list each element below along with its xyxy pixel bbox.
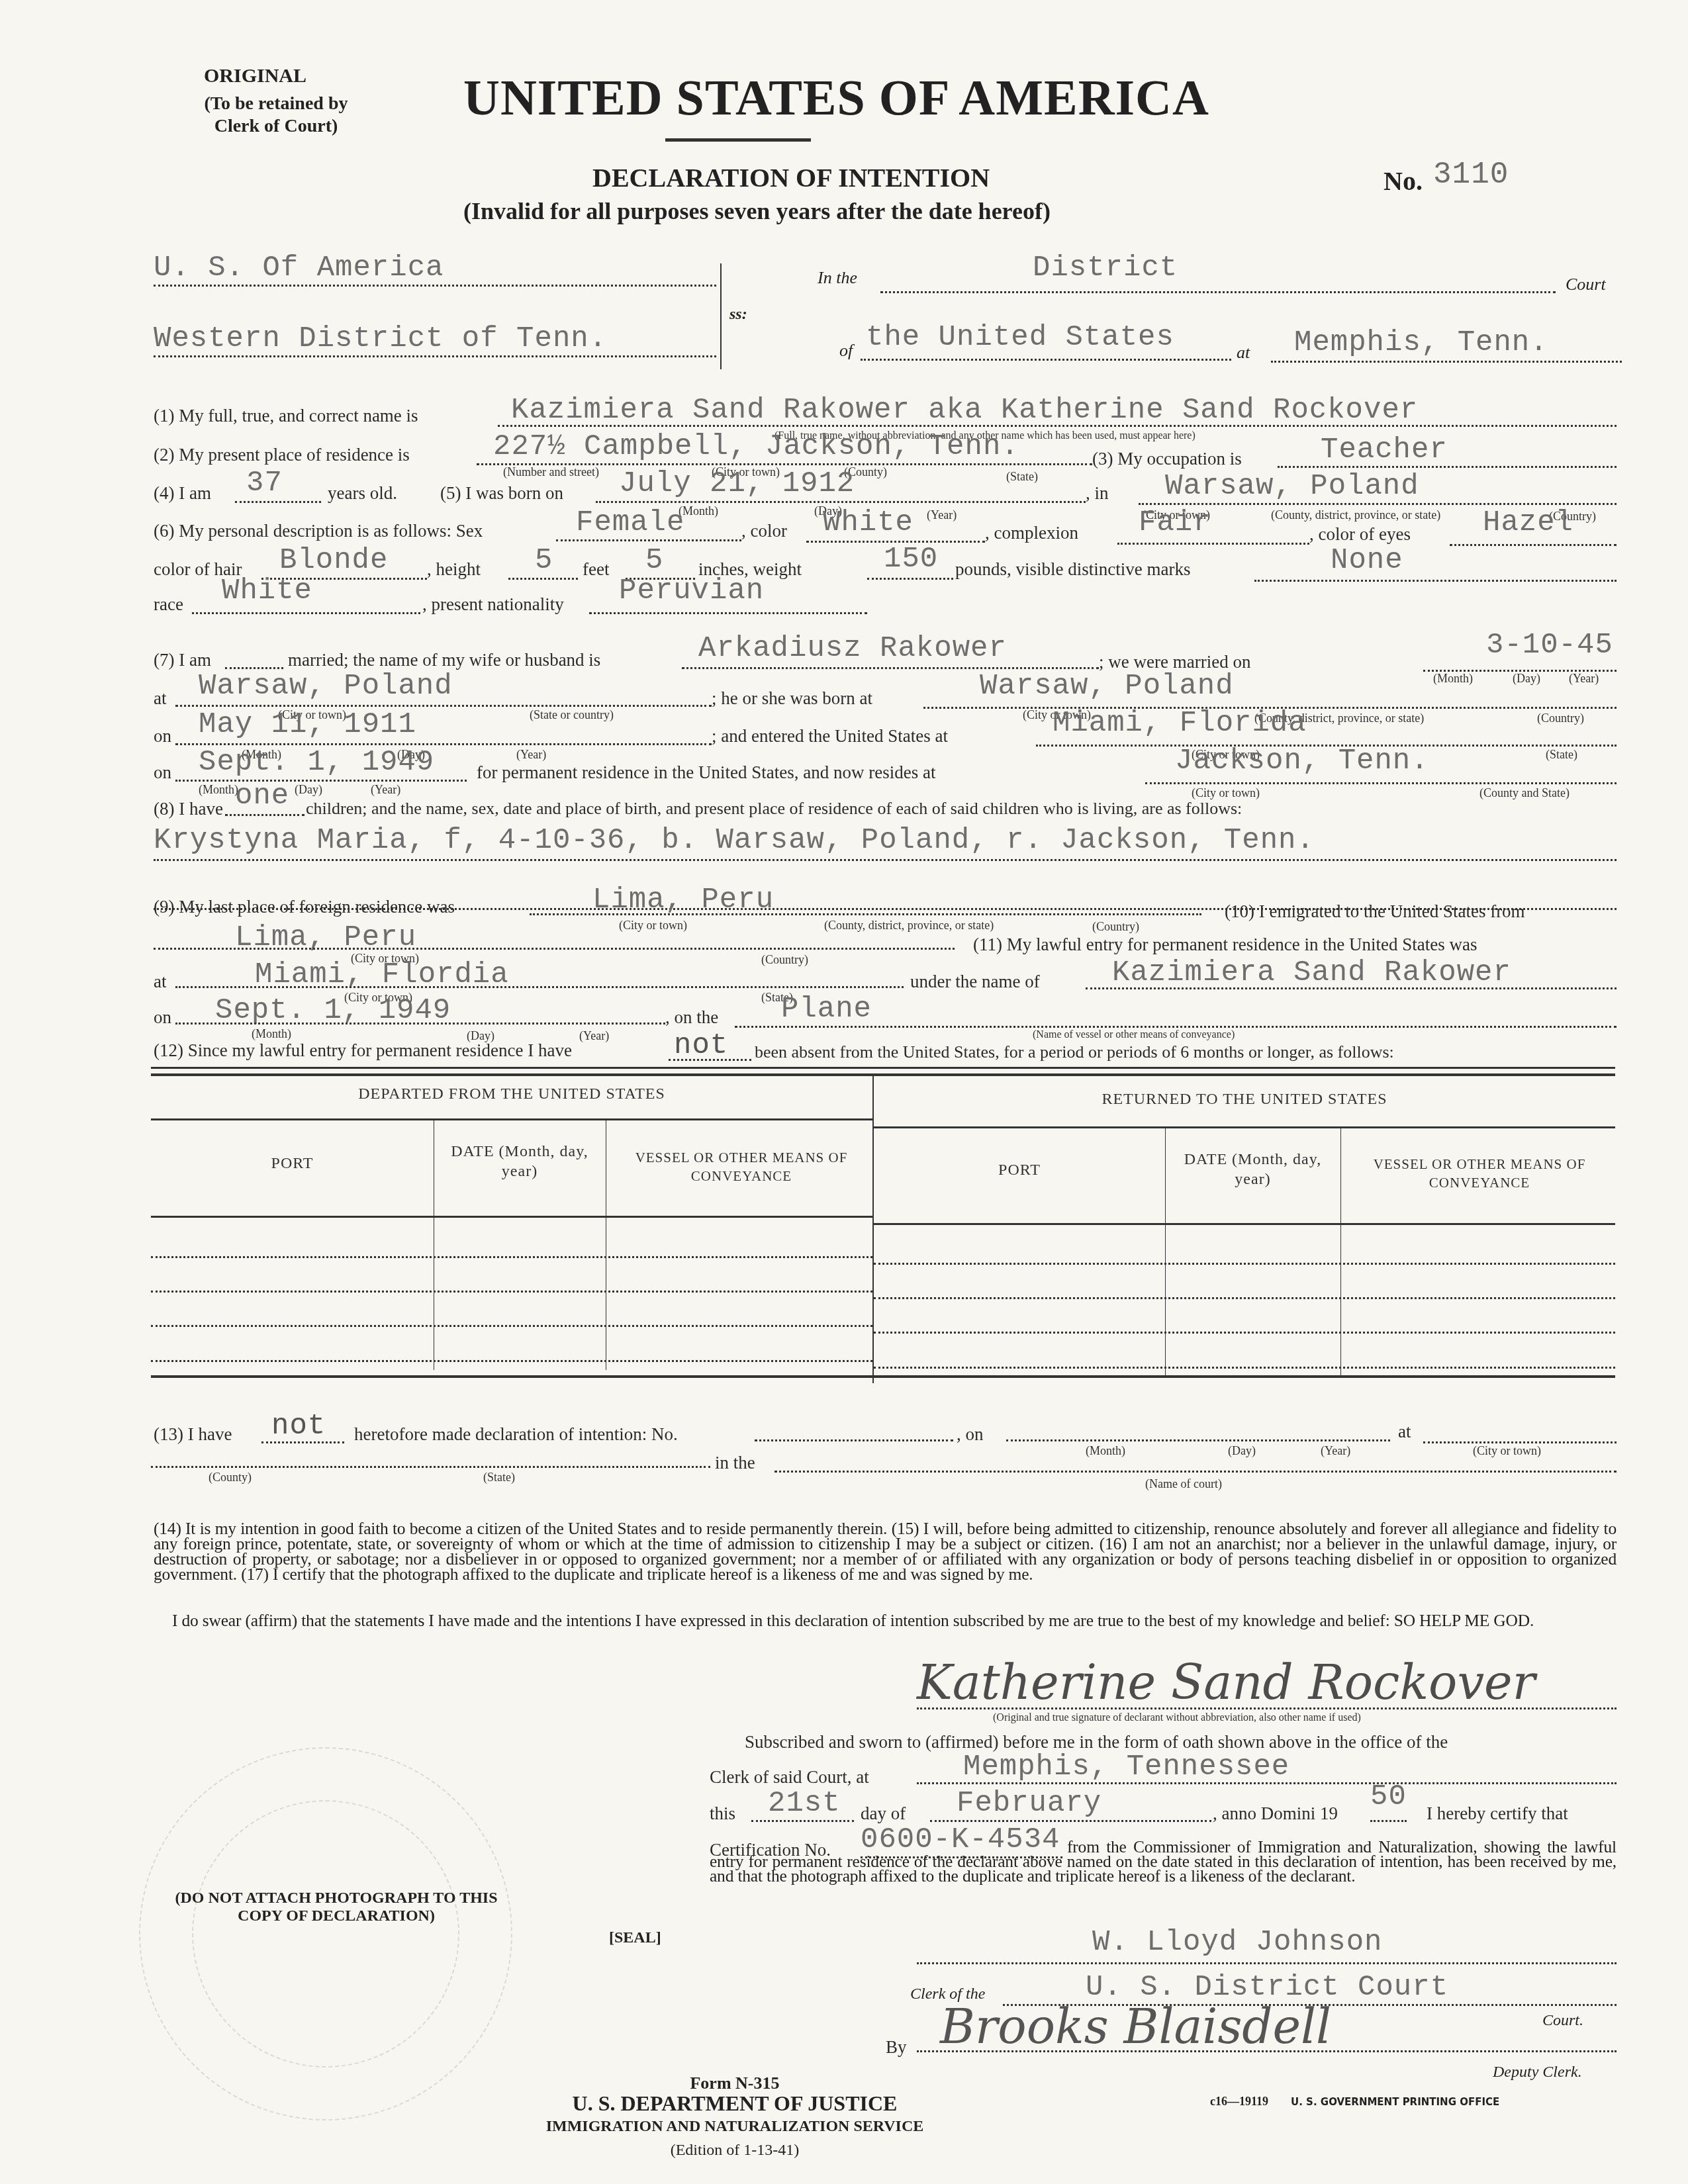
q13-at-label: at — [1398, 1422, 1411, 1442]
nationality-value: Peruvian — [619, 574, 764, 608]
anno-label: , anno Domini 19 — [1213, 1803, 1338, 1824]
entered-on-label: on — [154, 762, 171, 783]
resides-at-field — [1145, 782, 1617, 784]
lawful-on-sub-year: (Year) — [579, 1029, 609, 1043]
court-type-field — [880, 291, 1556, 293]
spouse-born-sub-country: (Country) — [1537, 711, 1584, 725]
form-number-label: No. — [1383, 165, 1423, 197]
q11-label: (11) My lawful entry for permanent resid… — [973, 934, 1477, 955]
married-on-sub-year: (Year) — [1569, 672, 1599, 686]
table-row[interactable] — [151, 1256, 872, 1258]
vessel-value: Plane — [781, 993, 872, 1026]
venue-brace — [720, 263, 722, 369]
departed-col-divider-1 — [434, 1120, 434, 1370]
sex-field — [556, 539, 741, 541]
court-label: Court — [1566, 275, 1606, 295]
q13-field — [261, 1441, 344, 1443]
emigrated-from-field — [154, 948, 955, 950]
photo-note-line1: (DO NOT ATTACH PHOTOGRAPH TO THIS — [158, 1889, 515, 1907]
this-label: this — [710, 1803, 735, 1824]
prior-declaration-date-field — [1006, 1439, 1390, 1441]
clerk-name-value: W. Lloyd Johnson — [1092, 1926, 1382, 1959]
service-name: IMMIGRATION AND NATURALIZATION SERVICE — [530, 2118, 940, 2136]
height-feet-value: 5 — [535, 544, 553, 577]
photo-note: (DO NOT ATTACH PHOTOGRAPH TO THIS COPY O… — [158, 1889, 515, 1925]
married-at-field — [175, 705, 712, 707]
retained-note-line2: Clerk of Court) — [154, 115, 399, 138]
entered-at-sub-state: (State) — [1546, 748, 1577, 762]
married-on-value: 3-10-45 — [1486, 629, 1613, 662]
department-name: U. S. DEPARTMENT OF JUSTICE — [530, 2091, 940, 2116]
clerk-at-field — [917, 1782, 1617, 1784]
q13-in-the-label: in the — [715, 1453, 755, 1473]
returned-col-port: PORT — [874, 1161, 1165, 1179]
q4-label: (4) I am — [154, 483, 211, 504]
resides-sub-city: (City or town) — [1192, 786, 1260, 800]
under-name-value: Kazimiera Sand Rakower — [1112, 956, 1511, 989]
of-label: of — [839, 341, 853, 361]
under-name-label: under the name of — [910, 972, 1040, 992]
edition-note: (Edition of 1-13-41) — [530, 2142, 940, 2160]
q13-value: not — [271, 1410, 326, 1443]
seal-label: [SEAL] — [609, 1929, 661, 1947]
q12-label-post: been absent from the United States, for … — [755, 1042, 1394, 1062]
children-count-value: one — [235, 780, 289, 813]
q12-label: (12) Since my lawful entry for permanent… — [154, 1040, 572, 1061]
prior-declaration-city-field — [1423, 1441, 1617, 1443]
venue-line2-field — [154, 355, 716, 357]
q13-sub-year: (Year) — [1321, 1444, 1350, 1458]
birth-date-field — [596, 501, 1086, 503]
eyes-label: , color of eyes — [1309, 524, 1411, 545]
resides-label: for permanent residence in the United St… — [477, 762, 936, 783]
photo-note-line2: COPY OF DECLARATION) — [158, 1907, 515, 1925]
last-foreign-value: Lima, Peru — [592, 884, 774, 917]
married-at-label: at — [154, 688, 167, 709]
at-field — [1271, 361, 1622, 363]
entered-on-field — [175, 780, 467, 782]
departed-header: DEPARTED FROM THE UNITED STATES — [151, 1085, 872, 1103]
full-name-field — [498, 425, 1617, 427]
complexion-label: , complexion — [985, 523, 1078, 543]
q2-label: (2) My present place of residence is — [154, 445, 410, 465]
q13-sub-county: (County) — [209, 1471, 252, 1484]
original-label: ORIGINAL — [204, 65, 306, 87]
q5-sub-county: (County, district, province, or state) — [1271, 508, 1440, 522]
q13-sub-month: (Month) — [1086, 1444, 1125, 1458]
complexion-value: Fair — [1139, 506, 1211, 539]
residence-value: 227½ Campbell, Jackson, Tenn. — [493, 430, 1019, 463]
document-subtitle: DECLARATION OF INTENTION — [592, 162, 990, 193]
complexion-field — [1117, 543, 1309, 545]
q7-label-mid: married; the name of my wife or husband … — [288, 650, 600, 670]
q13-sub-state: (State) — [483, 1471, 515, 1484]
clerk-at-value: Memphis, Tennessee — [963, 1751, 1289, 1784]
oath-paragraph: (14) It is my intention in good faith to… — [154, 1521, 1617, 1582]
deputy-label: Deputy Clerk. — [1493, 2064, 1582, 2081]
q13-sub-court: (Name of court) — [1145, 1477, 1222, 1491]
q13-label-mid: heretofore made declaration of intention… — [354, 1424, 678, 1445]
spouse-born-on-value: May 11, 1911 — [199, 708, 416, 741]
court-type-value: District — [1033, 251, 1178, 285]
table-row[interactable] — [151, 1325, 872, 1327]
q1-label: (1) My full, true, and correct name is — [154, 406, 418, 426]
q12-value: not — [674, 1029, 728, 1062]
invalid-note: (Invalid for all purposes seven years af… — [463, 197, 1051, 225]
race-label: race — [154, 594, 183, 615]
table-center-divider — [872, 1075, 874, 1383]
prior-declaration-court-field — [774, 1471, 1617, 1473]
lawful-at-label: at — [154, 972, 167, 992]
of-field — [861, 359, 1231, 361]
prior-declaration-no-field — [755, 1439, 953, 1441]
print-code: c16—19119 — [1210, 2095, 1268, 2109]
year-value: 50 — [1370, 1780, 1407, 1813]
day-field — [751, 1820, 854, 1822]
spouse-name-field — [682, 667, 1099, 669]
resides-sub-county: (County and State) — [1479, 786, 1570, 800]
marks-value: None — [1331, 544, 1403, 577]
subscribed-text: Subscribed and sworn to (affirmed) befor… — [745, 1732, 1448, 1752]
q5-in-label: , in — [1086, 483, 1109, 504]
nationality-field — [589, 612, 867, 614]
q9-sub-county: (County, district, province, or state) — [824, 919, 994, 933]
birth-date-value: July 21, 1912 — [619, 467, 855, 500]
returned-col-divider-1 — [1165, 1128, 1166, 1378]
spouse-born-on-label: on — [154, 726, 171, 747]
table-row[interactable] — [874, 1263, 1615, 1265]
form-number-value: 3110 — [1433, 158, 1509, 192]
entered-on-value: Sept. 1, 1949 — [199, 746, 434, 779]
departed-col-port: PORT — [151, 1155, 434, 1173]
q12-field — [669, 1059, 751, 1061]
oath-swear: I do swear (affirm) that the statements … — [154, 1613, 1617, 1628]
at-label: at — [1237, 343, 1250, 363]
certify-label: I hereby certify that — [1427, 1803, 1568, 1824]
on-the-label: , on the — [665, 1007, 718, 1028]
color-label: , color — [741, 521, 787, 541]
court-suffix-label: Court. — [1542, 2012, 1583, 2030]
deputy-signature: Brooks Blaisdell — [940, 1999, 1331, 2054]
table-row[interactable] — [874, 1332, 1615, 1334]
title-divider — [665, 138, 811, 142]
height-feet-field — [508, 578, 578, 580]
nationality-label: , present nationality — [422, 594, 564, 615]
printer-name: U. S. GOVERNMENT PRINTING OFFICE — [1291, 2096, 1499, 2108]
resides-at-value: Jackson, Tenn. — [1175, 745, 1429, 778]
color-value: White — [823, 506, 914, 539]
retained-note-line1: (To be retained by — [154, 93, 399, 115]
page-title: UNITED STATES OF AMERICA — [463, 69, 1209, 127]
q9-label: (9) My last place of foreign residence w… — [154, 897, 455, 917]
venue-line1-field — [154, 285, 716, 287]
sex-value: Female — [576, 506, 684, 539]
table-row[interactable] — [874, 1367, 1615, 1369]
in-the-label: In the — [818, 268, 857, 288]
married-on-sub-day: (Day) — [1513, 672, 1540, 686]
q2-sub-state: (State) — [1006, 470, 1038, 484]
q7-label: (7) I am — [154, 650, 211, 670]
children-line1-value: Krystyna Maria, f, 4-10-36, b. Warsaw, P… — [154, 824, 1315, 857]
signature-caption: (Original and true signature of declaran… — [993, 1712, 1361, 1724]
returned-col-divider-2 — [1340, 1128, 1341, 1378]
spouse-name-value: Arkadiusz Rakower — [698, 632, 1007, 665]
clerk-at-label: Clerk of said Court, at — [710, 1767, 869, 1788]
q9-sub-city: (City or town) — [619, 919, 687, 933]
vessel-sub: (Name of vessel or other means of convey… — [1033, 1029, 1235, 1041]
q13-label: (13) I have — [154, 1424, 232, 1445]
returned-subheader-rule — [874, 1126, 1615, 1128]
spouse-born-on-sub-year: (Year) — [516, 748, 546, 762]
retained-note: (To be retained by Clerk of Court) — [154, 93, 399, 138]
returned-header: RETURNED TO THE UNITED STATES — [874, 1091, 1615, 1109]
q4-label-post: years old. — [328, 483, 397, 504]
year-field — [1370, 1820, 1407, 1822]
height-inches-value: 5 — [645, 544, 663, 577]
returned-col-vessel: VESSEL OR OTHER MEANS OF CONVEYANCE — [1347, 1155, 1612, 1192]
hair-value: Blonde — [279, 544, 388, 577]
table-row[interactable] — [874, 1297, 1615, 1299]
at-value: Memphis, Tenn. — [1294, 326, 1548, 359]
married-status-field — [225, 667, 283, 669]
declarant-signature: Katherine Sand Rockover — [917, 1655, 1535, 1710]
children-count-field — [225, 814, 305, 816]
clerk-name-field — [917, 1962, 1617, 1964]
q8-label: (8) I have — [154, 799, 223, 819]
q5-label: (5) I was born on — [440, 483, 563, 504]
day-value: 21st — [768, 1787, 841, 1820]
age-field — [235, 501, 321, 503]
eyes-field — [1450, 544, 1617, 546]
q5-sub-year: (Year) — [927, 508, 957, 522]
departed-subheader-rule — [151, 1118, 872, 1120]
weight-field — [867, 578, 953, 580]
departed-col-divider-2 — [606, 1120, 606, 1370]
children-line1-field — [154, 859, 1617, 861]
occupation-field — [1278, 466, 1617, 468]
entered-at-value: Miami, Florida — [1053, 707, 1307, 740]
pounds-label: pounds, visible distinctive marks — [955, 559, 1190, 580]
month-value: February — [957, 1787, 1102, 1820]
deputy-signature-line — [917, 2050, 1617, 2052]
departed-header-bottom — [151, 1216, 872, 1218]
race-value: White — [222, 574, 312, 608]
returned-col-date: DATE (Month, day, year) — [1172, 1150, 1334, 1189]
day-of-label: day of — [861, 1803, 906, 1824]
q13-on-label: , on — [957, 1424, 984, 1445]
full-name-value: Kazimiera Sand Rakower aka Katherine San… — [511, 394, 1418, 427]
table-row[interactable] — [151, 1360, 872, 1362]
vessel-field — [735, 1026, 1617, 1028]
q3-label: (3) My occupation is — [1092, 449, 1242, 469]
eyes-value: Hazel — [1483, 506, 1573, 539]
married-at-sub-state: (State or country) — [530, 708, 614, 722]
table-bottom-rule — [151, 1375, 1615, 1378]
entered-on-sub-month: (Month) — [199, 783, 238, 797]
married-at-value: Warsaw, Poland — [199, 670, 453, 703]
occupation-value: Teacher — [1321, 433, 1448, 467]
q10-label: (10) I emigrated to the United States fr… — [1225, 901, 1525, 922]
q8-label-post: children; and the name, sex, date and pl… — [306, 799, 1242, 819]
married-on-sub-month: (Month) — [1433, 672, 1473, 686]
lawful-on-field — [175, 1023, 665, 1024]
spouse-born-at-value: Warsaw, Poland — [980, 670, 1234, 703]
birth-place-field — [1139, 503, 1617, 505]
marks-field — [1254, 580, 1617, 582]
declarant-signature-line — [917, 1707, 1617, 1709]
birth-place-value: Warsaw, Poland — [1165, 470, 1419, 503]
spouse-born-on-field — [175, 743, 712, 745]
last-foreign-field — [530, 913, 1201, 915]
age-value: 37 — [246, 467, 283, 500]
race-field — [192, 612, 420, 614]
venue-line1: U. S. Of America — [154, 251, 444, 285]
month-field — [930, 1820, 1211, 1822]
cert-text: from the Commissioner of Immigration and… — [710, 1840, 1617, 1884]
spouse-born-label: ; he or she was born at — [712, 688, 872, 709]
lawful-at-field — [175, 986, 904, 988]
q10-sub-country: (Country) — [761, 953, 808, 967]
entered-label: ; and entered the United States at — [712, 726, 948, 747]
ss-label: ss: — [729, 306, 747, 324]
table-top-rule-2 — [151, 1073, 1615, 1076]
height-label: , height — [427, 559, 481, 580]
entered-on-sub-year: (Year) — [371, 783, 400, 797]
embossed-seal-inner — [192, 1800, 459, 2068]
form-number: Form N-315 — [530, 2073, 940, 2093]
q2-sub-street: (Number and street) — [503, 465, 599, 479]
departed-col-date: DATE (Month, day, year) — [440, 1142, 599, 1181]
q9-sub-country: (Country) — [1092, 920, 1139, 934]
departed-col-vessel: VESSEL OR OTHER MEANS OF CONVEYANCE — [616, 1148, 867, 1185]
weight-value: 150 — [884, 543, 938, 576]
table-top-rule-1 — [151, 1067, 1615, 1069]
lawful-on-label: on — [154, 1007, 171, 1028]
of-value: the United States — [866, 321, 1174, 354]
table-row[interactable] — [151, 1291, 872, 1293]
q13-sub-day: (Day) — [1228, 1444, 1256, 1458]
lawful-on-sub-month: (Month) — [252, 1027, 291, 1041]
feet-label: feet — [583, 559, 609, 580]
entered-on-sub-day: (Day) — [295, 783, 322, 797]
under-name-field — [1086, 987, 1617, 989]
prior-declaration-county-field — [151, 1466, 710, 1468]
q6-label: (6) My personal description is as follow… — [154, 521, 483, 541]
q13-sub-city: (City or town) — [1473, 1444, 1541, 1458]
returned-header-bottom — [874, 1223, 1615, 1225]
by-label: By — [886, 2037, 907, 2058]
venue-line2: Western District of Tenn. — [154, 322, 607, 355]
